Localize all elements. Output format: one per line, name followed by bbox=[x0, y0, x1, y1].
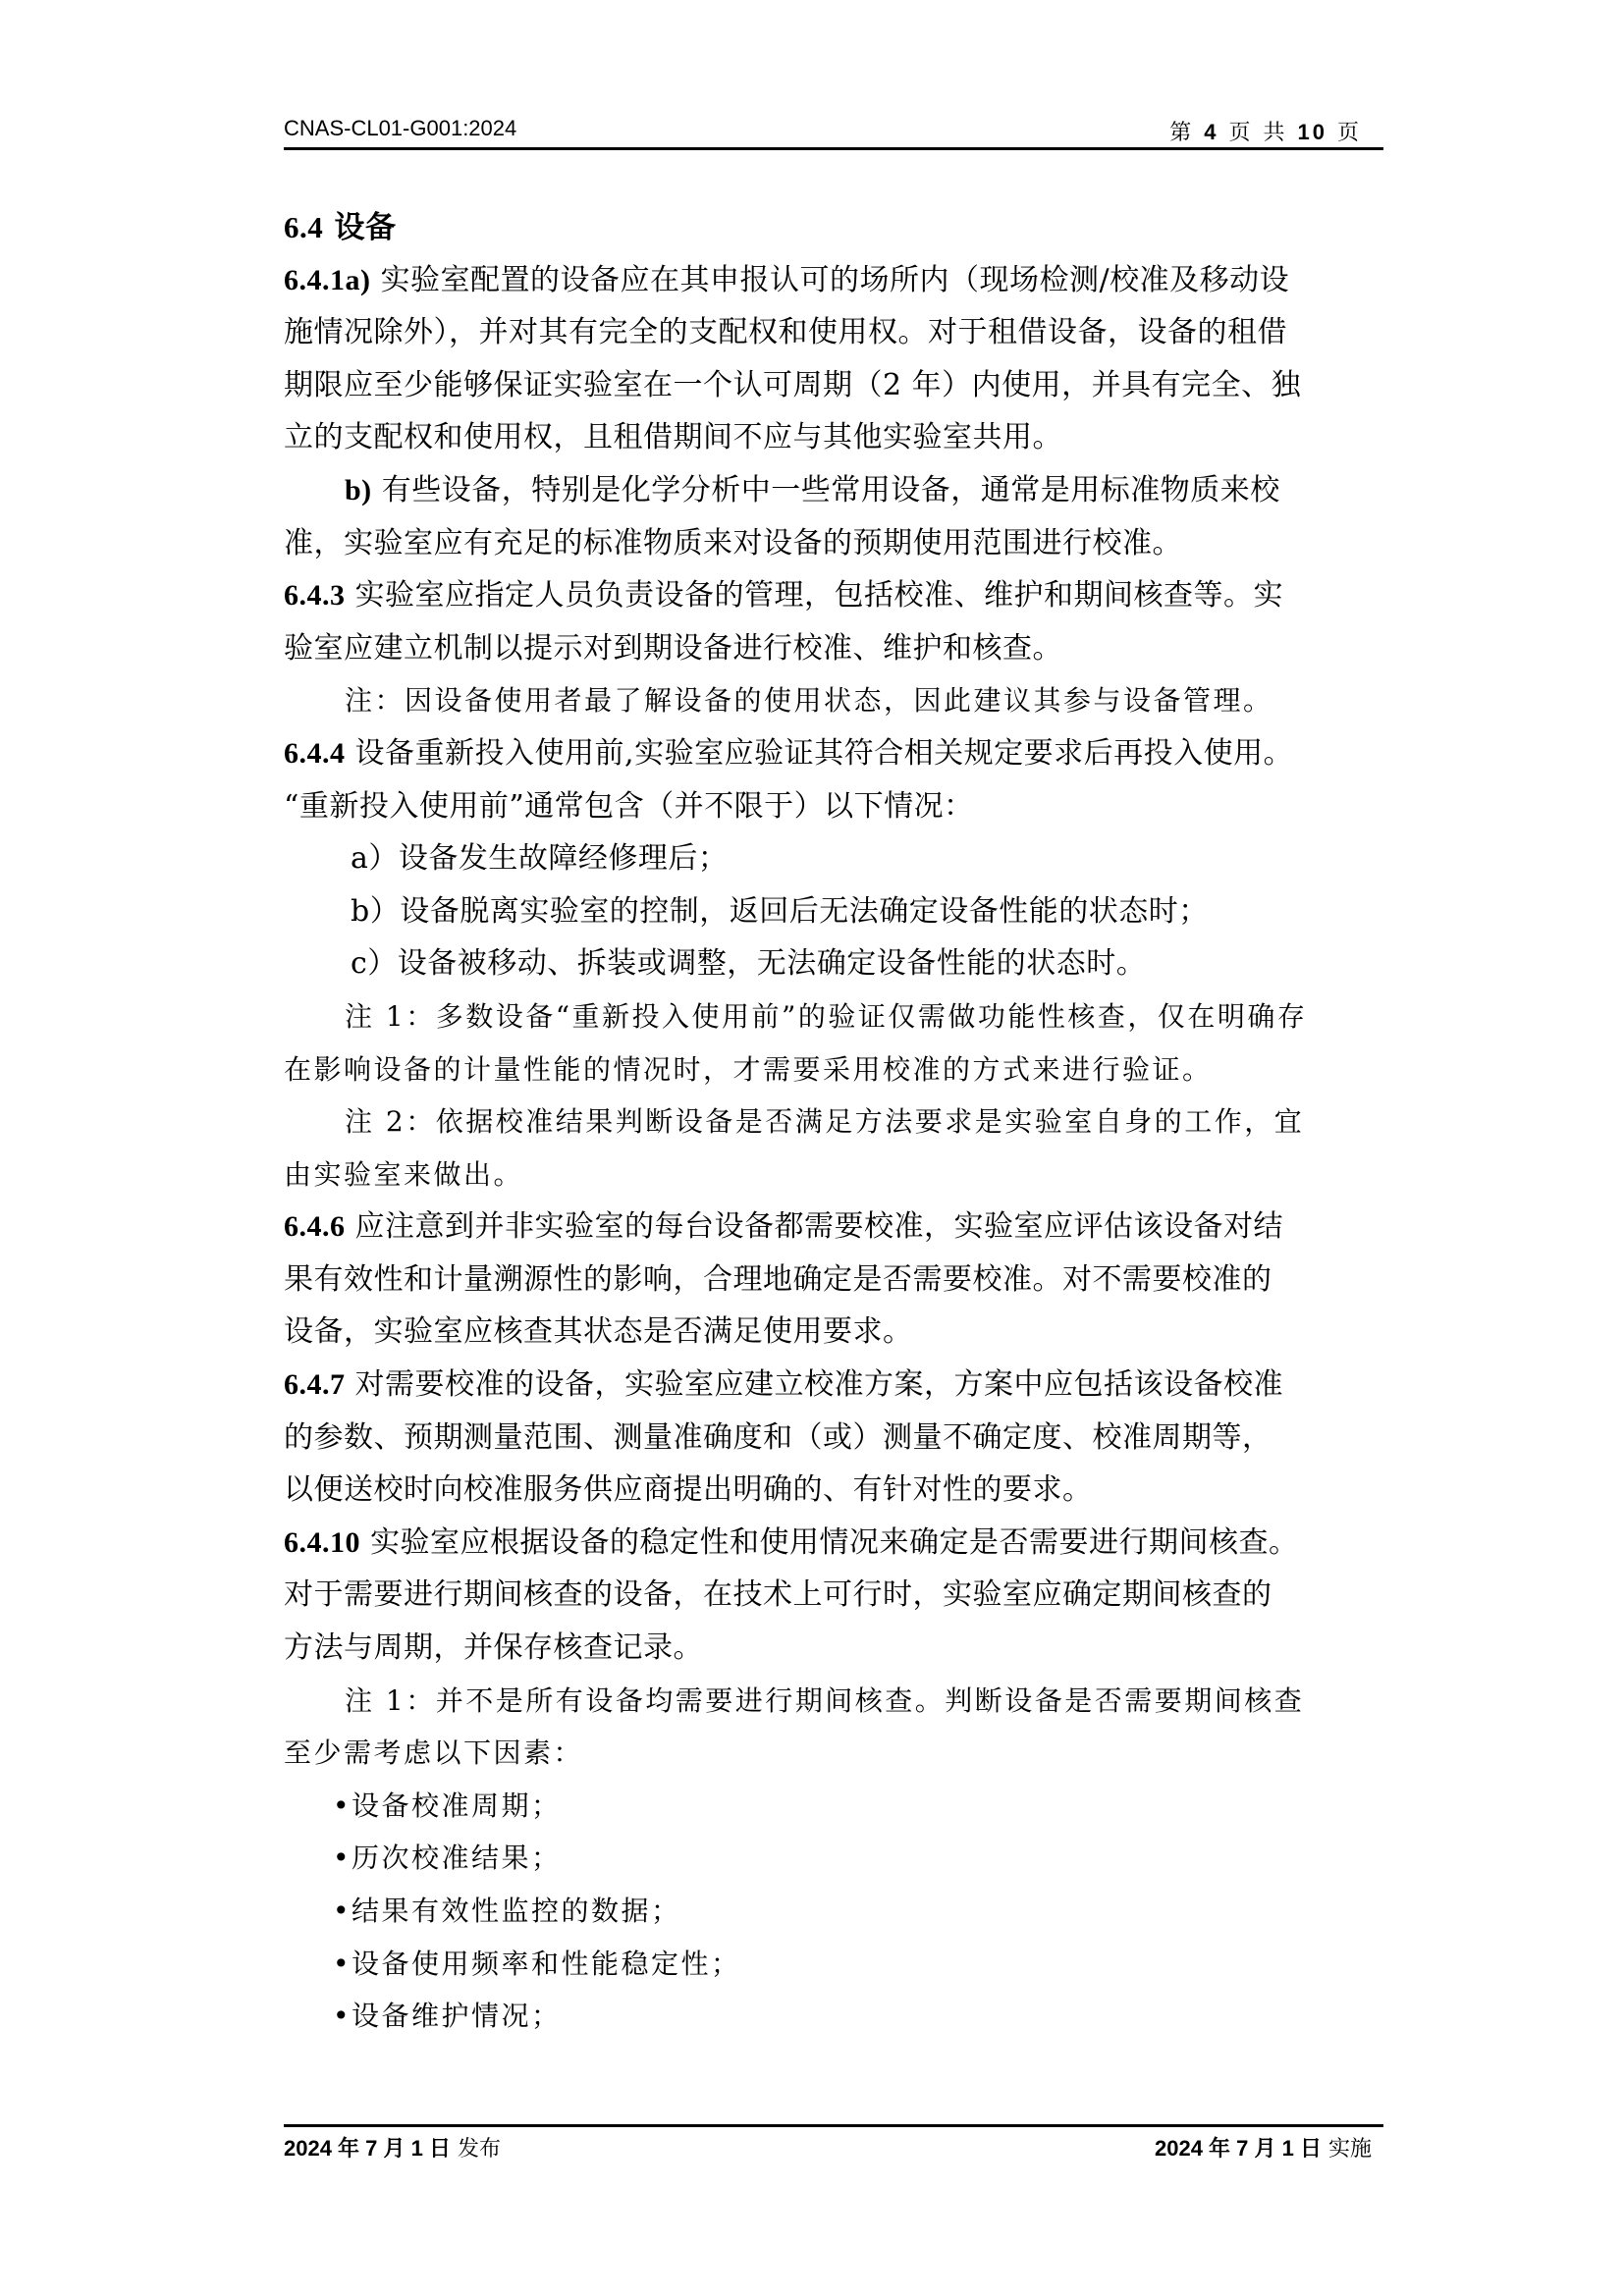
paragraph-line: 立的支配权和使用权，且租借期间不应与其他实验室共用。 bbox=[284, 411, 1388, 464]
note-line: 至少需考虑以下因素： bbox=[284, 1727, 1388, 1780]
doc-code: CNAS-CL01-G001:2024 bbox=[284, 116, 516, 141]
clause-6-4-6: 6.4.6 应注意到并非实验室的每台设备都需要校准，实验室应评估该设备对结 bbox=[284, 1201, 1388, 1254]
clause-6-4-7: 6.4.7 对需要校准的设备，实验室应建立校准方案，方案中应包括该设备校准 bbox=[284, 1359, 1388, 1412]
paragraph-line: 以便送校时向校准服务供应商提出明确的、有针对性的要求。 bbox=[284, 1464, 1388, 1517]
clause-6-4-1b: b) 有些设备，特别是化学分析中一些常用设备，通常是用标准物质来校 bbox=[284, 464, 1388, 517]
clause-6-4-3: 6.4.3 实验室应指定人员负责设备的管理，包括校准、维护和期间核查等。实 bbox=[284, 569, 1388, 622]
clause-text: 实验室应根据设备的稳定性和使用情况来确定是否需要进行期间核查。 bbox=[360, 1525, 1299, 1560]
publish-info: 2024 年 7 月 1 日 发布 bbox=[284, 2132, 501, 2163]
bullet-item: •历次校准结果； bbox=[284, 1832, 1388, 1885]
bullet-item: •设备校准周期； bbox=[284, 1780, 1388, 1833]
page-header: CNAS-CL01-G001:2024 第 4 页 共 10 页 bbox=[284, 116, 1383, 145]
clause-number: 6.4.1a) bbox=[284, 264, 371, 296]
section-title-spacer bbox=[323, 210, 334, 245]
paragraph-line: 方法与周期，并保存核查记录。 bbox=[284, 1622, 1388, 1675]
section-number: 6.4 bbox=[284, 210, 323, 244]
paragraph-line: 对于需要进行期间核查的设备，在技术上可行时，实验室应确定期间核查的 bbox=[284, 1569, 1388, 1622]
publish-label: 发布 bbox=[458, 2137, 501, 2162]
clause-number: 6.4.6 bbox=[284, 1210, 346, 1243]
note-line: 注：因设备使用者最了解设备的使用状态，因此建议其参与设备管理。 bbox=[284, 674, 1388, 727]
total-pages: 10 bbox=[1298, 120, 1327, 144]
effective-label: 实施 bbox=[1328, 2137, 1372, 2162]
paragraph-line: 准，实验室应有充足的标准物质来对设备的预期使用范围进行校准。 bbox=[284, 517, 1388, 570]
clause-6-4-1a: 6.4.1a) 实验室配置的设备应在其申报认可的场所内（现场检测/校准及移动设 bbox=[284, 254, 1388, 307]
paragraph-line: “重新投入使用前”通常包含（并不限于）以下情况： bbox=[284, 780, 1388, 833]
bullet-item: •结果有效性监控的数据； bbox=[284, 1885, 1388, 1938]
paragraph-line: 的参数、预期测量范围、测量准确度和（或）测量不确定度、校准周期等， bbox=[284, 1412, 1388, 1465]
section-title: 设备 bbox=[335, 210, 397, 245]
page-prefix: 第 bbox=[1169, 121, 1194, 145]
clause-6-4-4: 6.4.4 设备重新投入使用前,实验室应验证其符合相关规定要求后再投入使用。 bbox=[284, 727, 1388, 780]
paragraph-line: 验室应建立机制以提示对到期设备进行校准、维护和核查。 bbox=[284, 622, 1388, 675]
note-line: 注 2：依据校准结果判断设备是否满足方法要求是实验室自身的工作，宜 bbox=[284, 1095, 1388, 1148]
note-line: 由实验室来做出。 bbox=[284, 1148, 1388, 1201]
current-page: 4 bbox=[1204, 120, 1218, 144]
clause-6-4-10: 6.4.10 实验室应根据设备的稳定性和使用情况来确定是否需要进行期间核查。 bbox=[284, 1517, 1388, 1570]
clause-text: 对需要校准的设备，实验室应建立校准方案，方案中应包括该设备校准 bbox=[346, 1367, 1284, 1402]
list-item: b）设备脱离实验室的控制，返回后无法确定设备性能的状态时； bbox=[284, 885, 1388, 938]
footer-divider bbox=[284, 2124, 1383, 2127]
clause-number: b) bbox=[345, 474, 372, 507]
header-divider bbox=[284, 147, 1383, 150]
clause-text: 应注意到并非实验室的每台设备都需要校准，实验室应评估该设备对结 bbox=[346, 1209, 1284, 1244]
page-number: 第 4 页 共 10 页 bbox=[1169, 116, 1362, 146]
list-item: a）设备发生故障经修理后； bbox=[284, 832, 1388, 885]
clause-text: 有些设备，特别是化学分析中一些常用设备，通常是用标准物质来校 bbox=[372, 473, 1280, 507]
paragraph-line: 期限应至少能够保证实验室在一个认可周期（2 年）内使用，并具有完全、独 bbox=[284, 359, 1388, 412]
clause-number: 6.4.10 bbox=[284, 1526, 360, 1559]
clause-number: 6.4.7 bbox=[284, 1368, 346, 1401]
list-item: c）设备被移动、拆装或调整，无法确定设备性能的状态时。 bbox=[284, 937, 1388, 990]
paragraph-line: 施情况除外），并对其有完全的支配权和使用权。对于租借设备，设备的租借 bbox=[284, 306, 1388, 359]
note-line: 注 1：并不是所有设备均需要进行期间核查。判断设备是否需要期间核查 bbox=[284, 1675, 1388, 1728]
note-line: 注 1：多数设备“重新投入使用前”的验证仅需做功能性核查，仅在明确存 bbox=[284, 990, 1388, 1043]
clause-text: 实验室应指定人员负责设备的管理，包括校准、维护和期间核查等。实 bbox=[346, 578, 1284, 613]
clause-number: 6.4.3 bbox=[284, 579, 346, 612]
page-footer: 2024 年 7 月 1 日 发布 2024 年 7 月 1 日 实施 bbox=[284, 2132, 1383, 2162]
clause-text: 实验室配置的设备应在其申报认可的场所内（现场检测/校准及移动设 bbox=[371, 263, 1290, 297]
publish-date: 2024 年 7 月 1 日 bbox=[284, 2136, 451, 2161]
bullet-item: •设备使用频率和性能稳定性； bbox=[284, 1938, 1388, 1991]
document-body: 6.4 设备 6.4.1a) 实验室配置的设备应在其申报认可的场所内（现场检测/… bbox=[284, 201, 1388, 2043]
page-mid: 页 共 bbox=[1229, 121, 1288, 145]
clause-text: 设备重新投入使用前,实验室应验证其符合相关规定要求后再投入使用。 bbox=[346, 736, 1294, 771]
page-suffix: 页 bbox=[1337, 121, 1362, 145]
paragraph-line: 果有效性和计量溯源性的影响，合理地确定是否需要校准。对不需要校准的 bbox=[284, 1254, 1388, 1307]
effective-info: 2024 年 7 月 1 日 实施 bbox=[1155, 2132, 1372, 2163]
note-line: 在影响设备的计量性能的情况时，才需要采用校准的方式来进行验证。 bbox=[284, 1043, 1388, 1096]
clause-number: 6.4.4 bbox=[284, 737, 346, 770]
section-heading: 6.4 设备 bbox=[284, 201, 1388, 254]
paragraph-line: 设备，实验室应核查其状态是否满足使用要求。 bbox=[284, 1306, 1388, 1359]
bullet-item: •设备维护情况； bbox=[284, 1990, 1388, 2043]
effective-date: 2024 年 7 月 1 日 bbox=[1155, 2136, 1322, 2161]
